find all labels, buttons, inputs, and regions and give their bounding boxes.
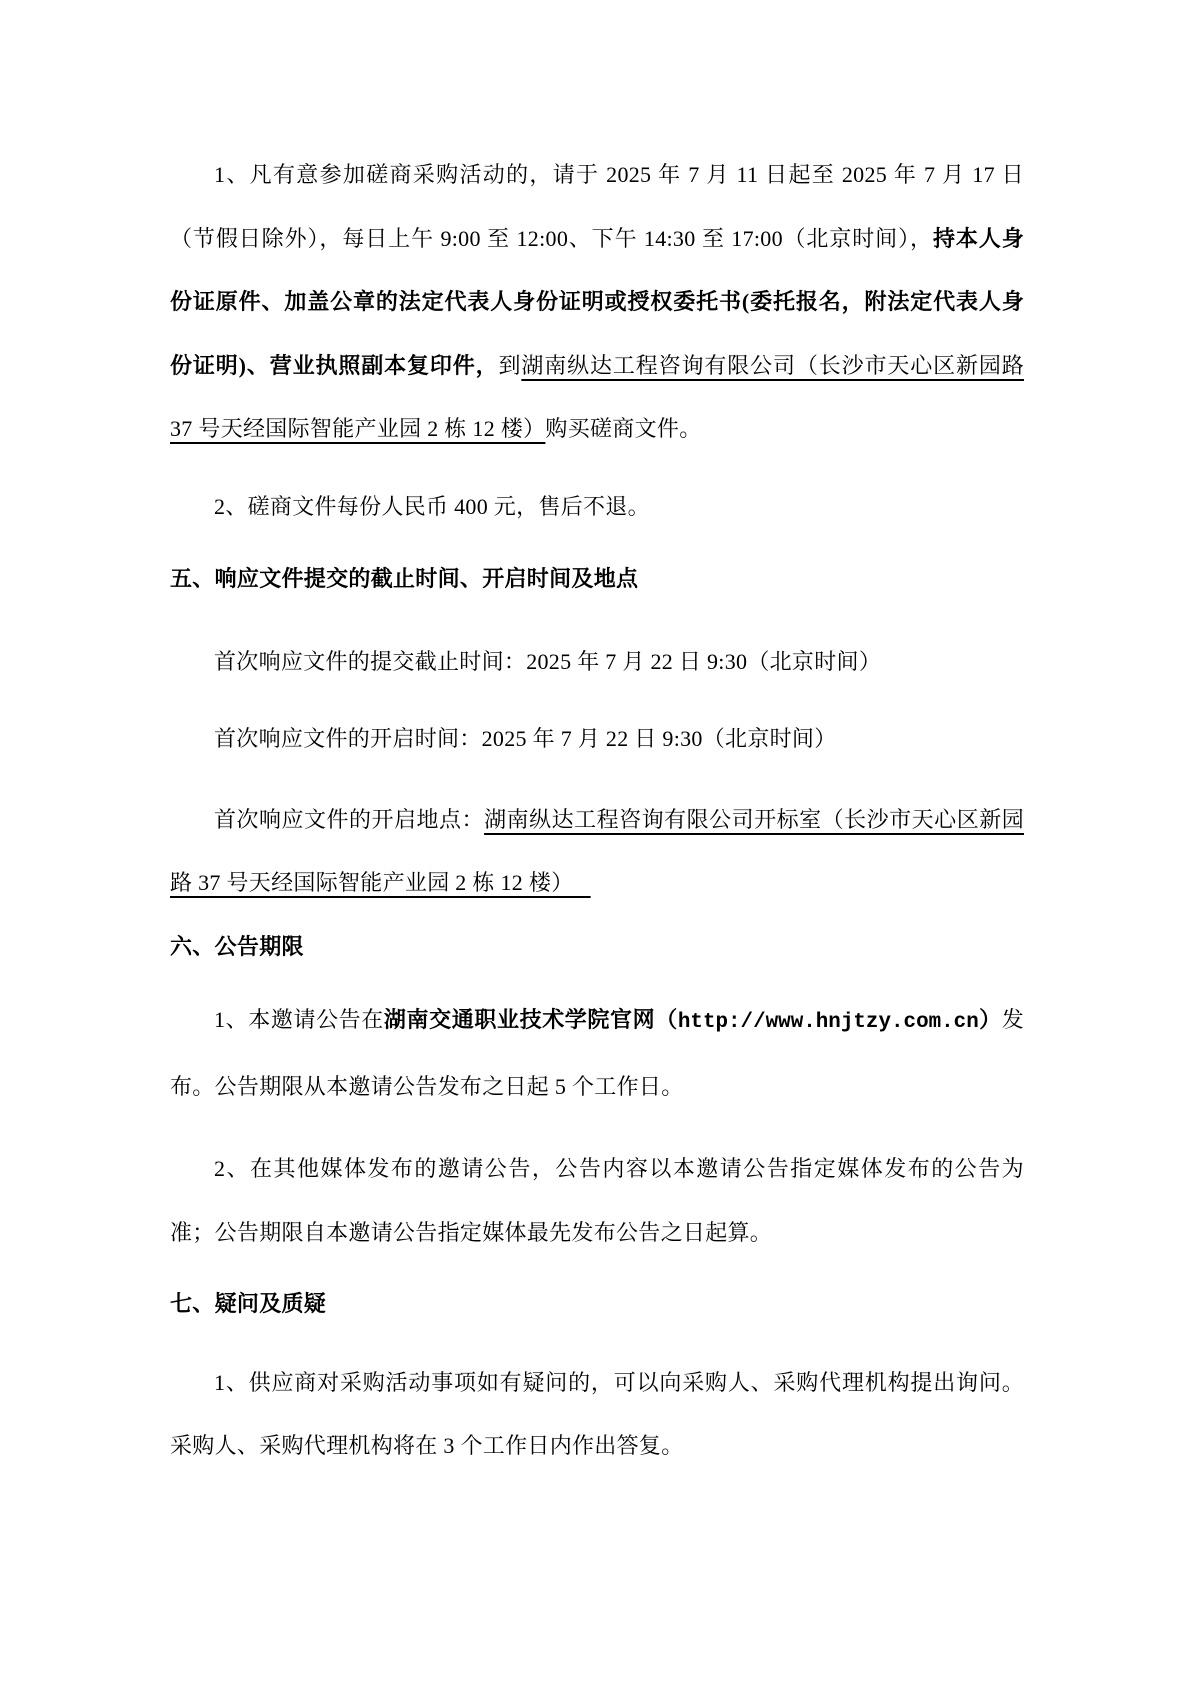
heading-section-5-deadline-opening: 五、响应文件提交的截止时间、开启时间及地点 bbox=[170, 547, 1024, 611]
purchase-registration-tail-text: 购买磋商文件。 bbox=[545, 416, 701, 441]
official-website-close-paren-text: ） bbox=[979, 1007, 1002, 1032]
paragraph-document-fee: 2、磋商文件每份人民币 400 元，售后不退。 bbox=[170, 475, 1024, 539]
purchase-registration-connector-text: 到 bbox=[498, 353, 521, 378]
paragraph-submission-deadline: 首次响应文件的提交截止时间：2025 年 7 月 22 日 9:30（北京时间） bbox=[170, 630, 1024, 694]
paragraph-other-media-announcement: 2、在其他媒体发布的邀请公告，公告内容以本邀请公告指定媒体发布的公告为准；公告期… bbox=[170, 1137, 1024, 1264]
paragraph-opening-location: 首次响应文件的开启地点：湖南纵达工程咨询有限公司开标室（长沙市天心区新园路 37… bbox=[170, 788, 1024, 915]
paragraph-opening-time: 首次响应文件的开启时间：2025 年 7 月 22 日 9:30（北京时间） bbox=[170, 707, 1024, 771]
opening-location-label-text: 首次响应文件的开启地点： bbox=[214, 807, 484, 832]
official-website-name-bold-text: 湖南交通职业技术学院官网（ bbox=[384, 1007, 678, 1032]
paragraph-announcement-publication: 1、本邀请公告在湖南交通职业技术学院官网（http://www.hnjtzy.c… bbox=[170, 988, 1024, 1118]
document-page: 1、凡有意参加磋商采购活动的，请于 2025 年 7 月 11 日起至 2025… bbox=[170, 143, 1024, 1478]
heading-section-7-questions-queries: 七、疑问及质疑 bbox=[170, 1272, 1024, 1336]
purchase-registration-lead-text: 1、凡有意参加磋商采购活动的，请于 2025 年 7 月 11 日起至 2025… bbox=[170, 162, 1024, 251]
heading-section-6-announcement-period: 六、公告期限 bbox=[170, 915, 1024, 979]
official-website-url-text: http://www.hnjtzy.com.cn bbox=[678, 1011, 979, 1034]
paragraph-purchase-registration: 1、凡有意参加磋商采购活动的，请于 2025 年 7 月 11 日起至 2025… bbox=[170, 143, 1024, 461]
announcement-publication-lead-text: 1、本邀请公告在 bbox=[214, 1007, 384, 1032]
opening-location-trailing-underline bbox=[563, 870, 591, 895]
paragraph-supplier-inquiry: 1、供应商对采购活动事项如有疑问的，可以向采购人、采购代理机构提出询问。采购人、… bbox=[170, 1351, 1024, 1478]
